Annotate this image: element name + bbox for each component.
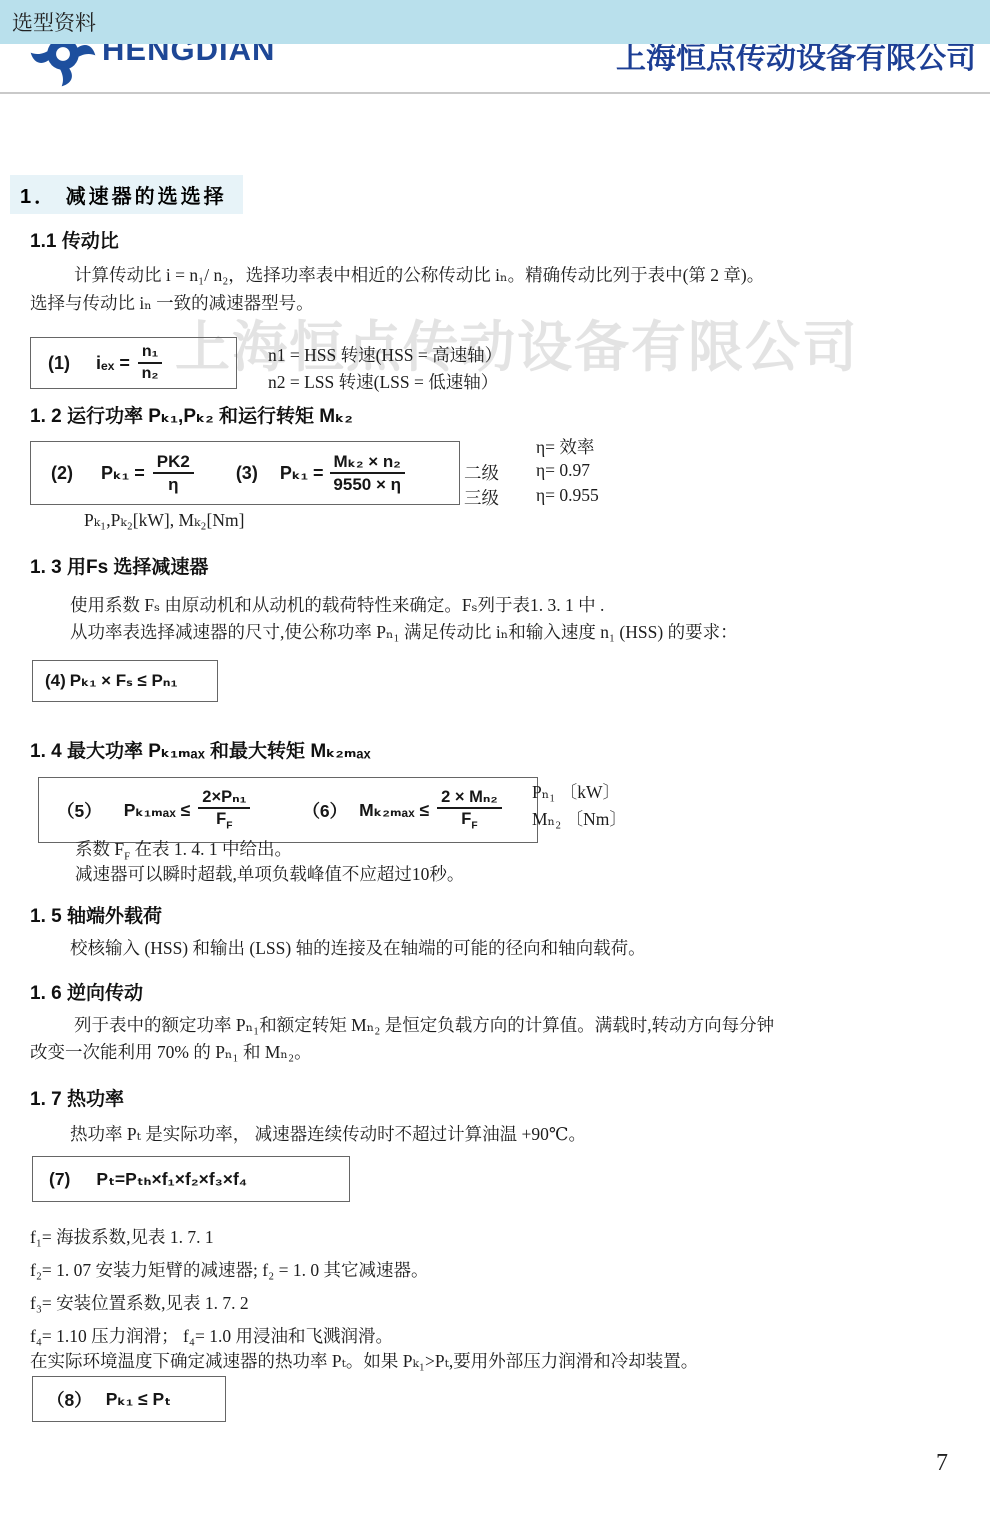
- document-page: 上海恒点传动设备有限公司 HENGDIAN 上海恒点传动设备有限公司 选型资料 …: [0, 0, 990, 1513]
- factor-line-f4: f₄= 1.10 压力润滑； f₄= 1.0 用浸油和飞溅润滑。: [30, 1323, 393, 1348]
- formula-1-fraction: n₁ n₂: [138, 343, 162, 383]
- para-1-7: 热功率 Pₜ 是实际功率， 减速器连续传动时不超过计算油温 +90℃。: [70, 1121, 586, 1146]
- note-overload: 减速器可以瞬时超载,单项负载峰值不应超过10秒。: [75, 861, 464, 886]
- formula-5-lhs: Pₖ₁ₘₐₓ ≤: [124, 800, 191, 821]
- formula-7-expression: Pₜ=Pₜₕ×f₁×f₂×f₃×f₄: [96, 1169, 247, 1190]
- unit-note-mn2: Mₙ₂ 〔Nm〕: [532, 806, 627, 831]
- banner-bar: 选型资料: [0, 0, 990, 44]
- heading-1-7: 1. 7 热功率: [30, 1084, 124, 1111]
- heading-1-4: 1. 4 最大功率 Pₖ₁ₘₐₓ 和最大转矩 Mₖ₂ₘₐₓ: [30, 736, 371, 763]
- formula-box-1: (1) iₑₓ = n₁ n₂: [30, 337, 237, 389]
- formula-box-4: (4) Pₖ₁ × Fₛ ≤ Pₙ₁: [32, 660, 218, 702]
- eta-row-2stage-label: 二级: [464, 460, 499, 485]
- heading-1-2: 1. 2 运行功率 Pₖ₁,Pₖ₂ 和运行转矩 Mₖ₂: [30, 401, 353, 428]
- formula-2-number: (2): [51, 463, 73, 484]
- eta-row-3stage-value: η= 0.955: [536, 485, 599, 506]
- formula-1-note-n2: n2 = LSS 转速(LSS = 低速轴）: [268, 369, 498, 394]
- formula-7-number: (7): [49, 1169, 70, 1190]
- eta-row-2stage-value: η= 0.97: [536, 460, 590, 481]
- para-thermal-env: 在实际环境温度下确定减速器的热功率 Pₜ。如果 Pₖ₁>Pₜ,要用外部压力润滑和…: [30, 1348, 698, 1373]
- formula-3-number: (3): [236, 463, 258, 484]
- formula-box-7: (7) Pₜ=Pₜₕ×f₁×f₂×f₃×f₄: [32, 1156, 350, 1202]
- para-1-5: 校核输入 (HSS) 和输出 (LSS) 轴的连接及在轴端的可能的径向和轴向载荷…: [70, 935, 646, 960]
- formula-box-8: （8） Pₖ₁ ≤ Pₜ: [32, 1376, 226, 1422]
- formula-box-5-6: （5） Pₖ₁ₘₐₓ ≤ 2×Pₙ₁ FF （6） Mₖ₂ₘₐₓ ≤ 2 × M…: [38, 777, 538, 843]
- para-1-1-line2: 选择与传动比 iₙ 一致的减速器型号。: [30, 290, 314, 315]
- heading-1-5: 1. 5 轴端外载荷: [30, 901, 162, 928]
- formula-2-3-units: Pₖ₁,Pₖ₂[kW], Mₖ₂[Nm]: [84, 510, 244, 531]
- formula-2-fraction: PK2 η: [153, 452, 194, 494]
- note-ff-table: 系数 FF 在表 1. 4. 1 中给出。: [75, 836, 292, 863]
- formula-8-number: （8）: [47, 1387, 92, 1412]
- section-1-title: 1． 减速器的选选择: [10, 175, 243, 214]
- formula-box-2-3: (2) Pₖ₁ = PK2 η (3) Pₖ₁ = Mₖ₂ × n₂ 9550 …: [30, 441, 460, 505]
- eta-definition: η= 效率: [536, 434, 594, 459]
- para-1-6-line2: 改变一次能利用 70% 的 Pₙ₁ 和 Mₙ₂。: [30, 1039, 312, 1064]
- formula-8-expression: Pₖ₁ ≤ Pₜ: [106, 1389, 171, 1410]
- heading-1-6: 1. 6 逆向传动: [30, 978, 143, 1005]
- para-1-1-line1: 计算传动比 i = n₁/ n₂，选择功率表中相近的公称传动比 iₙ。精确传动比…: [74, 262, 764, 287]
- page-number: 7: [936, 1450, 948, 1477]
- factor-line-f3: f₃= 安装位置系数,见表 1. 7. 2: [30, 1290, 249, 1315]
- formula-4-number: (4): [45, 671, 66, 691]
- formula-2-lhs: Pₖ₁ =: [101, 463, 145, 484]
- formula-5-fraction: 2×Pₙ₁ FF: [198, 788, 250, 832]
- formula-6-lhs: Mₖ₂ₘₐₓ ≤: [359, 800, 429, 821]
- unit-note-pn1: Pₙ₁ 〔kW〕: [532, 779, 620, 804]
- formula-4-expression: Pₖ₁ × Fₛ ≤ Pₙ₁: [70, 671, 178, 691]
- formula-6-fraction: 2 × Mₙ₂ FF: [437, 788, 502, 832]
- formula-3-lhs: Pₖ₁ =: [280, 463, 324, 484]
- para-1-6-line1: 列于表中的额定功率 Pₙ₁和额定转矩 Mₙ₂ 是恒定负载方向的计算值。满载时,转…: [74, 1012, 774, 1037]
- para-1-3-line1: 使用系数 Fₛ 由原动机和从动机的载荷特性来确定。Fₛ列于表1. 3. 1 中 …: [70, 592, 604, 617]
- formula-1-number: (1): [48, 353, 70, 374]
- factor-line-f2: f₂= 1. 07 安装力矩臂的减速器; f₂ = 1. 0 其它减速器。: [30, 1257, 428, 1282]
- header-divider: [0, 92, 990, 94]
- formula-6-number: （6）: [302, 798, 347, 823]
- para-1-3-line2: 从功率表选择减速器的尺寸,使公称功率 Pₙ₁ 满足传动比 iₙ和输入速度 n₁ …: [70, 619, 738, 644]
- banner-title: 选型资料: [12, 7, 96, 37]
- formula-1-lhs: iₑₓ =: [96, 353, 130, 374]
- heading-1-1: 1.1 传动比: [30, 226, 119, 253]
- formula-5-number: （5）: [57, 798, 102, 823]
- formula-1-note-n1: n1 = HSS 转速(HSS = 高速轴）: [268, 342, 502, 367]
- eta-row-3stage-label: 三级: [464, 485, 499, 510]
- heading-1-3: 1. 3 用Fs 选择减速器: [30, 552, 208, 579]
- formula-3-fraction: Mₖ₂ × n₂ 9550 × η: [330, 452, 405, 494]
- factor-line-f1: f₁= 海拔系数,见表 1. 7. 1: [30, 1224, 214, 1249]
